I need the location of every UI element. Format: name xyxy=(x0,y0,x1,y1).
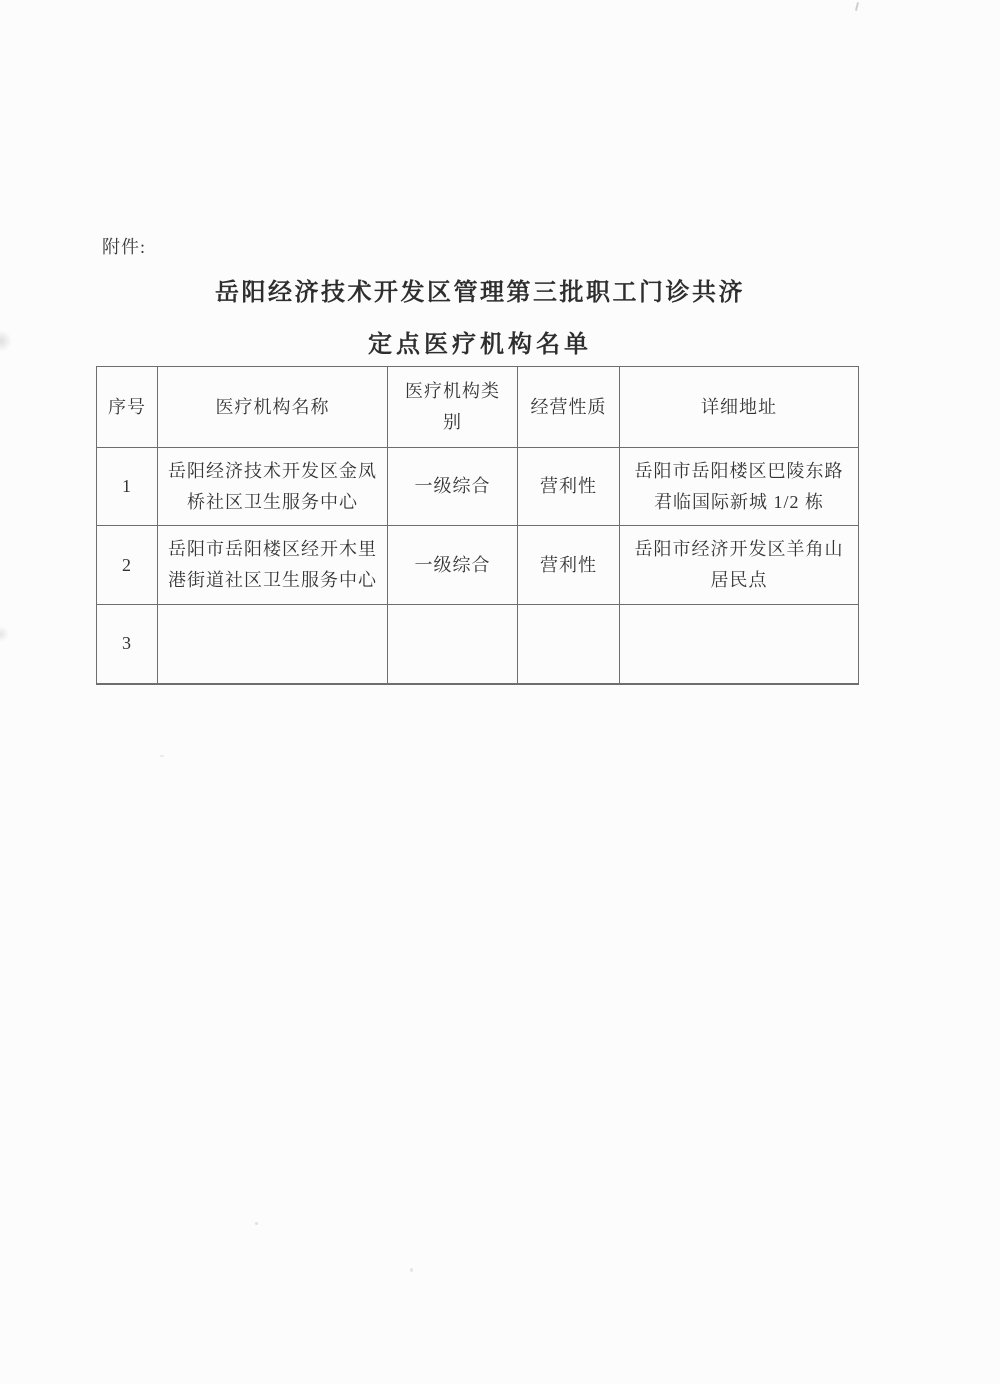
cell-name: 岳阳市岳阳楼区经开木里港街道社区卫生服务中心 xyxy=(158,526,388,605)
scan-artifact xyxy=(255,1222,258,1225)
cell-address: 岳阳市经济开发区羊角山居民点 xyxy=(620,526,859,605)
cell-no: 2 xyxy=(97,526,158,605)
cell-address xyxy=(620,605,859,684)
cell-category: 一级综合 xyxy=(388,448,518,526)
table-header-row: 序号 医疗机构名称 医疗机构类别 经营性质 详细地址 xyxy=(97,367,859,448)
cell-name xyxy=(158,605,388,684)
scan-artifact xyxy=(160,755,164,757)
institutions-table: 序号 医疗机构名称 医疗机构类别 经营性质 详细地址 1 岳阳经济技术开发区金凤… xyxy=(96,366,859,685)
scan-artifact xyxy=(855,2,859,11)
cell-nature xyxy=(518,605,620,684)
column-header-nature: 经营性质 xyxy=(518,367,620,448)
cell-address: 岳阳市岳阳楼区巴陵东路君临国际新城 1/2 栋 xyxy=(620,448,859,526)
scan-artifact xyxy=(0,626,9,642)
cell-category xyxy=(388,605,518,684)
column-header-category: 医疗机构类别 xyxy=(388,367,518,448)
document-title-line1: 岳阳经济技术开发区管理第三批职工门诊共济 xyxy=(0,272,960,307)
document-title-line2: 定点医疗机构名单 xyxy=(0,324,960,359)
document-page: 附件: 岳阳经济技术开发区管理第三批职工门诊共济 定点医疗机构名单 序号 医疗机… xyxy=(0,0,1000,1384)
cell-name: 岳阳经济技术开发区金凤桥社区卫生服务中心 xyxy=(158,448,388,526)
column-header-address: 详细地址 xyxy=(620,367,859,448)
column-header-name: 医疗机构名称 xyxy=(158,367,388,448)
scan-artifact xyxy=(410,1268,413,1272)
table-row: 3 xyxy=(97,605,859,684)
cell-category: 一级综合 xyxy=(388,526,518,605)
cell-nature: 营利性 xyxy=(518,526,620,605)
table-row: 2 岳阳市岳阳楼区经开木里港街道社区卫生服务中心 一级综合 营利性 岳阳市经济开… xyxy=(97,526,859,605)
cell-nature: 营利性 xyxy=(518,448,620,526)
cell-no: 3 xyxy=(97,605,158,684)
attachment-label: 附件: xyxy=(102,233,146,259)
table-row: 1 岳阳经济技术开发区金凤桥社区卫生服务中心 一级综合 营利性 岳阳市岳阳楼区巴… xyxy=(97,448,859,526)
column-header-no: 序号 xyxy=(97,367,158,448)
cell-no: 1 xyxy=(97,448,158,526)
